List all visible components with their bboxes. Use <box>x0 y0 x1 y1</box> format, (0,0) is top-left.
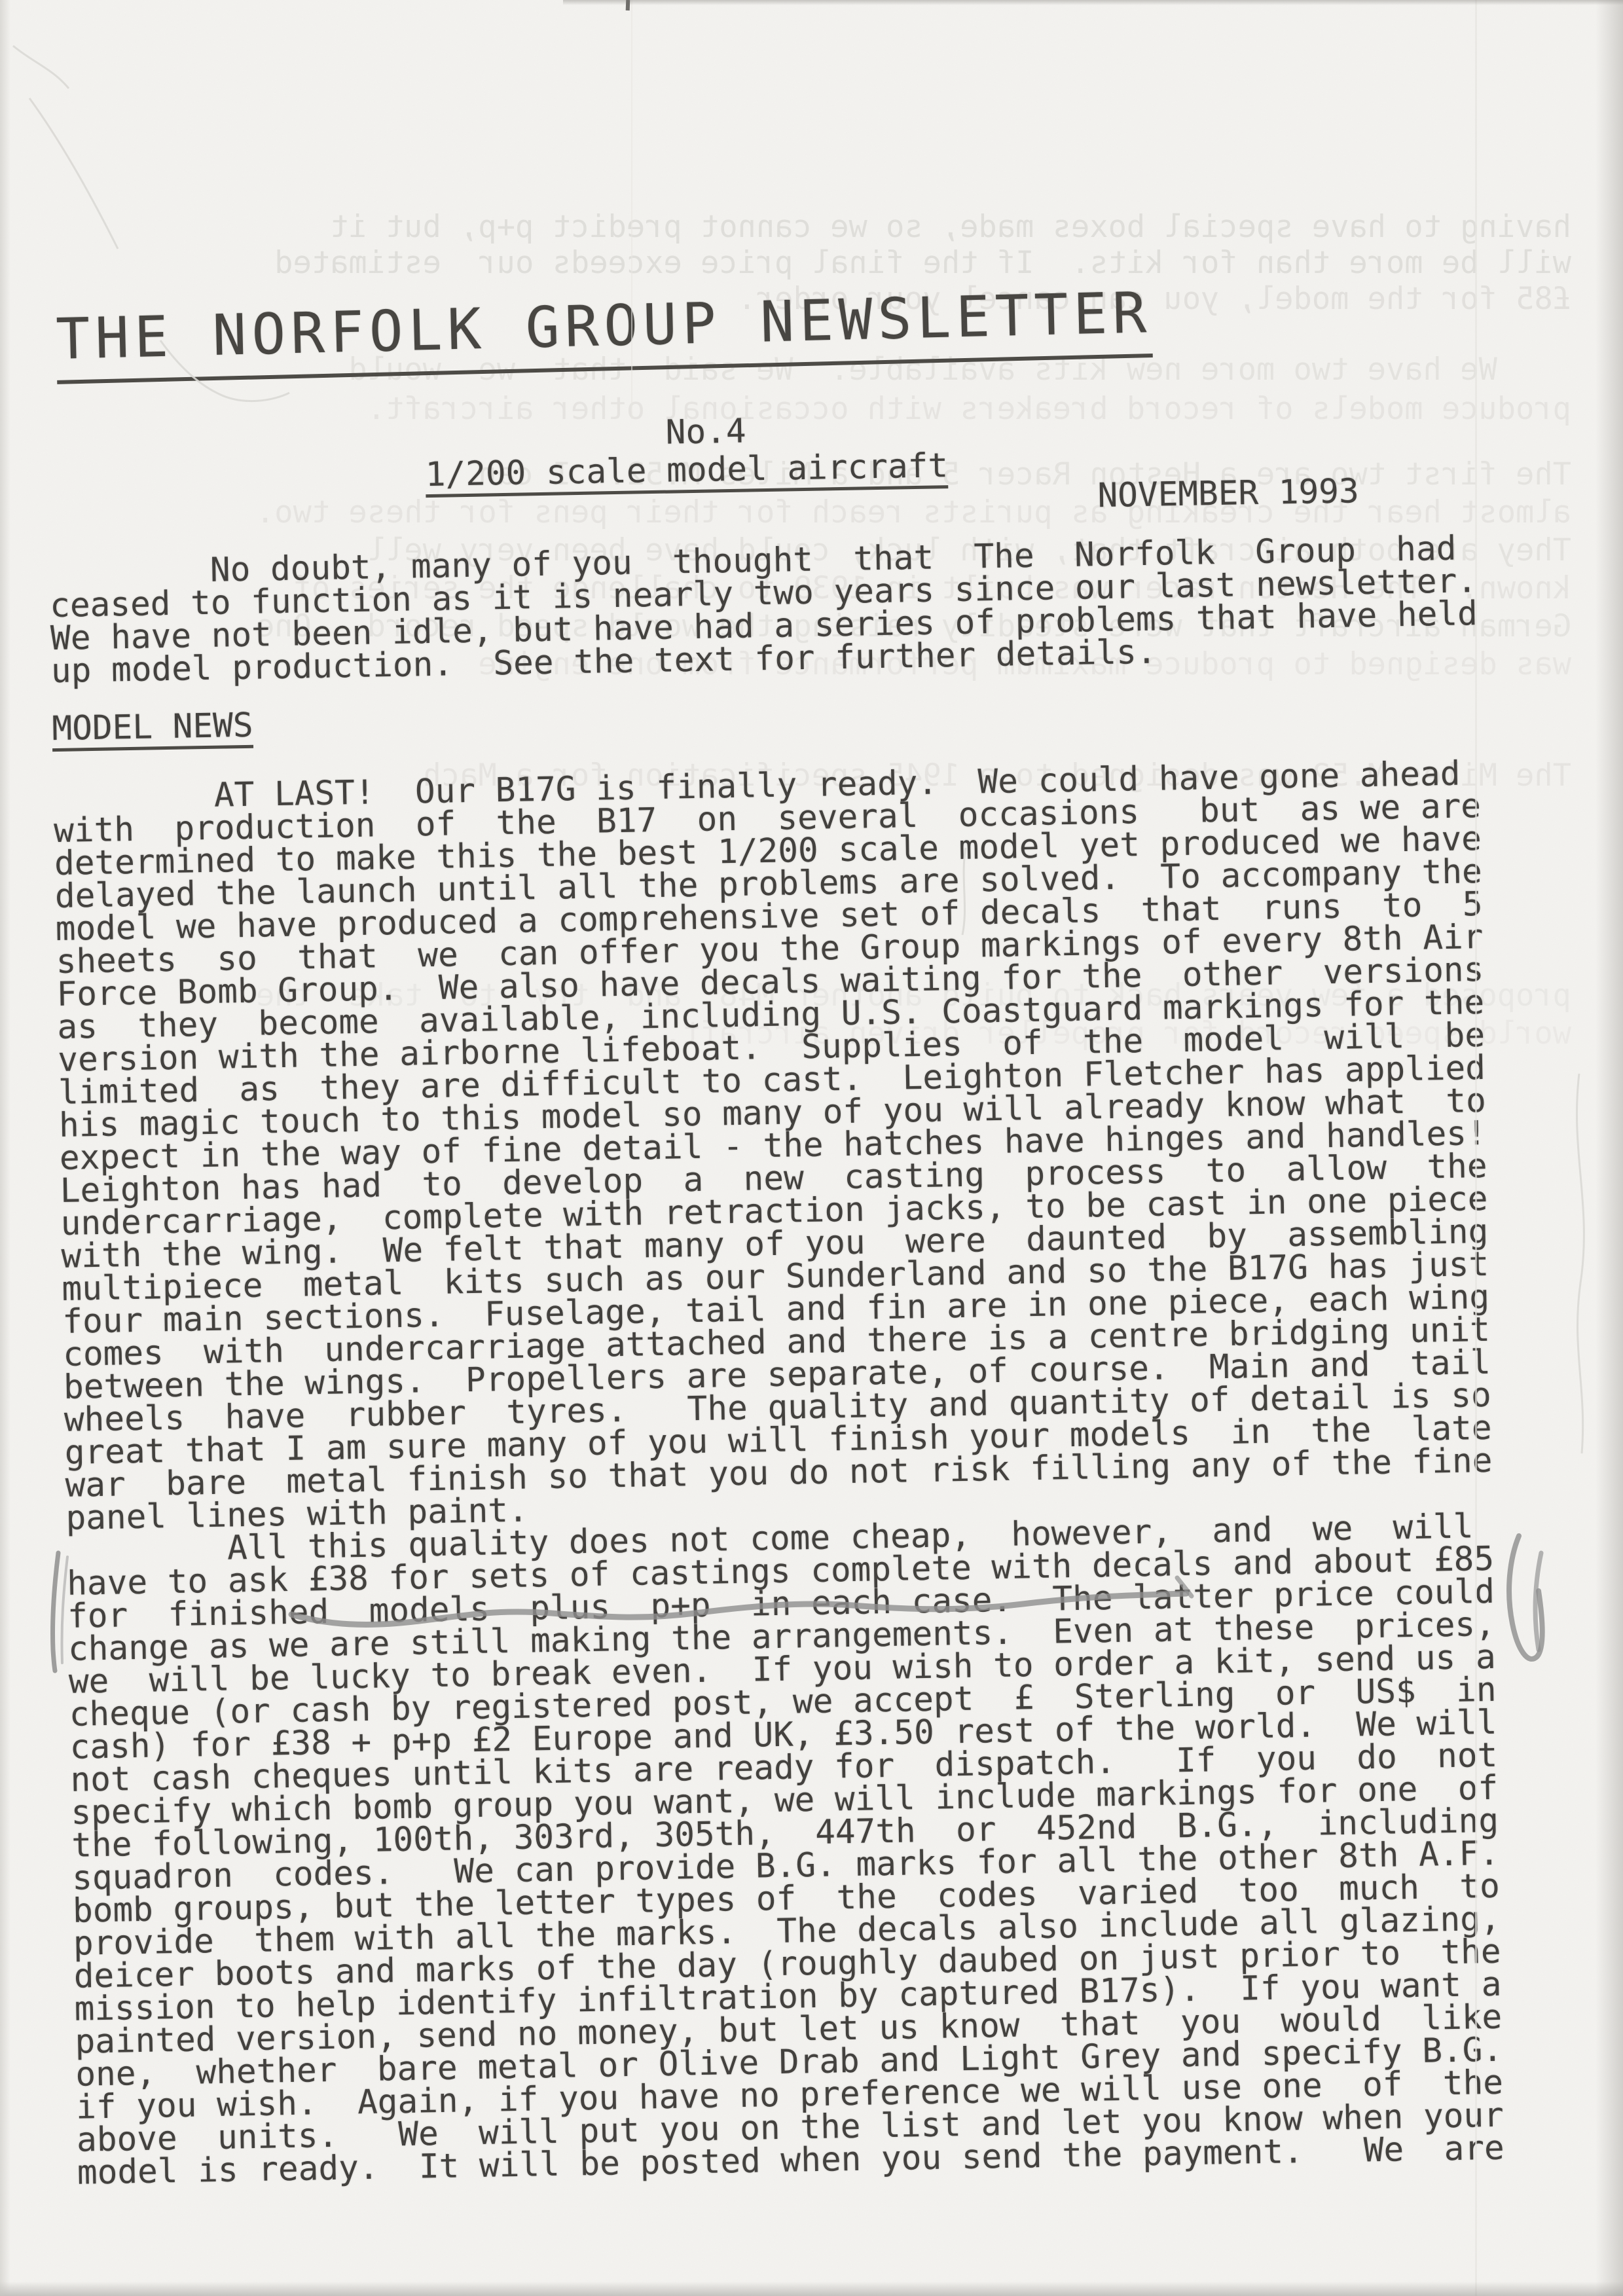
scan-artifact-tick <box>626 0 630 10</box>
newsletter-title: THE NORFOLK GROUP NEWSLETTER <box>55 280 1152 384</box>
typewritten-content: THE NORFOLK GROUP NEWSLETTER No.4 1/200 … <box>0 0 1623 2296</box>
scan-edge-shadow <box>0 0 10 2296</box>
newsletter-subtitle: 1/200 scale model aircraft <box>425 450 948 498</box>
issue-date: NOVEMBER 1993 <box>1097 475 1359 513</box>
model-news-paragraph: AT LAST! Our B17G is finally ready. We c… <box>53 757 1493 1535</box>
scan-edge-line <box>563 0 1623 5</box>
scanned-newsletter-page: having to have special boxes made, so we… <box>0 0 1623 2296</box>
issue-number: No.4 <box>665 416 746 450</box>
scan-edge-shadow <box>0 2282 1623 2296</box>
section-heading-model-news: MODEL NEWS <box>52 710 253 752</box>
pricing-paragraph: All this quality does not come cheap, ho… <box>66 1510 1504 2190</box>
intro-paragraph: No doubt, many of you thought that The N… <box>49 532 1478 688</box>
scan-edge-shadow <box>1596 0 1623 2296</box>
